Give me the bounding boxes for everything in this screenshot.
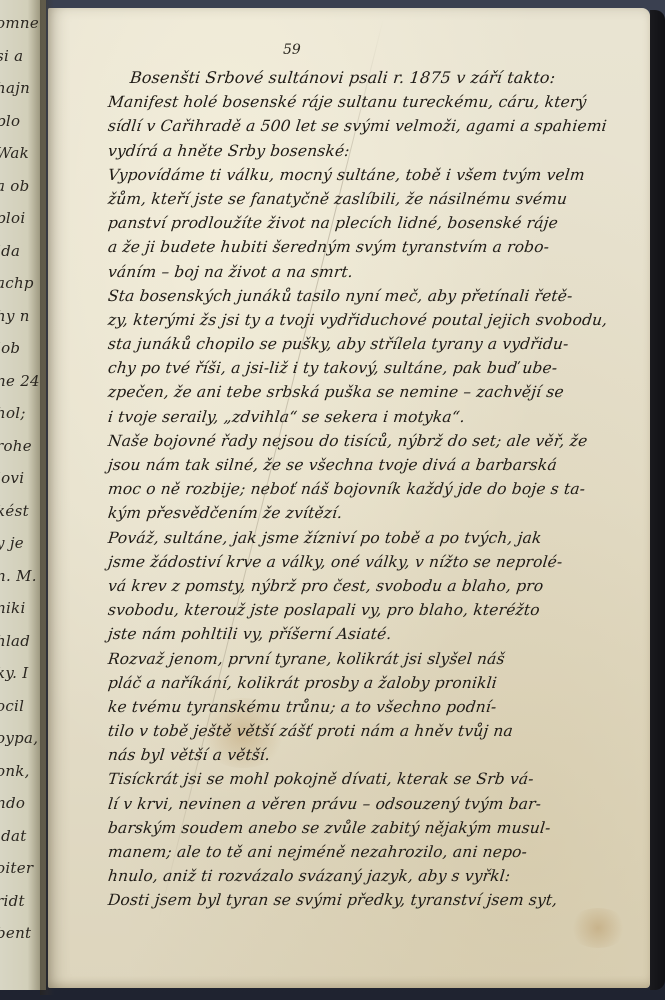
manuscript-line: zy, kterými žs jsi ty a tvoji vydřiducho… [107,308,665,332]
manuscript-line: manem; ale to tě ani nejméně nezahrozilo… [107,840,665,864]
manuscript-line: Pováž, sultáne, jak jsme žízniví po tobě… [107,526,665,550]
manuscript-line: Naše bojovné řady nejsou do tisíců, nýbr… [107,429,665,453]
facing-page-text-fragment: si a [0,47,23,65]
manuscript-line: jsme žádostiví krve a války, oné války, … [107,550,665,574]
facing-page-text-fragment: onk, [0,762,30,780]
facing-page-text-fragment: ndo [0,794,25,812]
facing-page-text-fragment: hy n [0,307,30,325]
manuscript-line: pláč a naříkání, kolikrát prosby a žalob… [107,671,665,695]
facing-page-text-fragment: plo [0,112,20,130]
facing-page-text-fragment: oiter [0,859,33,877]
facing-page-text-fragment: lob [0,339,20,357]
manuscript-line: vydírá a hněte Srby bosenské: [107,139,665,163]
manuscript-line: a že ji budete hubiti šeredným svým tyra… [107,235,665,259]
manuscript-line: Dosti jsem byl tyran se svými předky, ty… [107,888,665,912]
manuscript-line: sídlí v Cařihradě a 500 let se svými vel… [107,114,665,138]
book-cover-edge [650,10,665,990]
manuscript-line: žům, kteří jste se fanatyčně zaslíbili, … [107,187,665,211]
manuscript-line: vá krev z pomsty, nýbrž pro čest, svobod… [107,574,665,598]
facing-page-text-fragment: niki [0,599,26,617]
manuscript-line: jste nám pohltili vy, příšerní Asiaté. [107,622,665,646]
facing-page-text-fragment: rohe [0,437,32,455]
manuscript-line: lí v krvi, nevinen a věren právu – odsou… [107,792,665,816]
handwritten-text-block: Bosenšti Srbové sultánovi psali r. 1875 … [108,66,665,913]
facing-page-text-fragment: hol; [0,404,26,422]
facing-page-text-fragment: idat [0,827,27,845]
manuscript-line: Vypovídáme ti válku, mocný sultáne, tobě… [107,163,665,187]
facing-page-text-fragment: ploi [0,209,25,227]
manuscript-line: Rozvaž jenom, první tyrane, kolikrát jsi… [107,647,665,671]
facing-page-text-fragment: omne [0,14,39,32]
facing-page-text-fragment: oypa, [0,729,38,747]
manuscript-photo: omnesi ahajnploWaka obploildaachphy nlob… [0,0,665,1000]
manuscript-line: váním – boj na život a na smrt. [107,260,665,284]
manuscript-line: svobodu, kterouž jste poslapali vy, pro … [107,598,665,622]
manuscript-line: jsou nám tak silné, že se všechna tvoje … [107,453,665,477]
manuscript-line: nás byl větší a větší. [107,743,665,767]
manuscript-page: 59 Bosenšti Srbové sultánovi psali r. 18… [48,8,650,988]
manuscript-line: Tisíckrát jsi se mohl pokojně dívati, kt… [107,767,665,791]
facing-page-text-fragment: kést [0,502,29,520]
facing-page-text-fragment: lovi [0,469,24,487]
manuscript-line: chy po tvé říši, a jsi-liž i ty takový, … [107,356,665,380]
facing-page-text-fragment: achp [0,274,34,292]
facing-page-text-fragment: ocil [0,697,24,715]
paper-stain [568,908,628,948]
manuscript-line: Sta bosenských junáků tasilo nyní meč, a… [107,284,665,308]
manuscript-line: tilo v tobě ještě větší zášť proti nám a… [107,719,665,743]
facing-page-text-fragment: hlad [0,632,30,650]
facing-page-text-fragment: Wak [0,144,29,162]
facing-page-text-fragment: y je [0,534,24,552]
manuscript-line: kým přesvědčením že zvítězí. [107,501,665,525]
facing-page-text-fragment: ne 24 [0,372,40,390]
manuscript-heading-line: Bosenšti Srbové sultánovi psali r. 1875 … [107,66,665,90]
manuscript-line: barským soudem anebo se zvůle zabitý něj… [107,816,665,840]
manuscript-line: Manifest holé bosenské ráje sultanu ture… [107,90,665,114]
facing-page-text-fragment: ky. I [0,664,29,682]
facing-page-text-fragment: ridt [0,892,25,910]
facing-page-text-fragment: hajn [0,79,30,97]
page-number: 59 [283,42,301,58]
manuscript-line: ke tvému tyranskému trůnu; a to všechno … [107,695,665,719]
facing-page-text-fragment: n. M. [0,567,37,585]
manuscript-line: i tvoje seraily, „zdvihla“ se sekera i m… [107,405,665,429]
manuscript-line: hnulo, aniž ti rozvázalo svázaný jazyk, … [107,864,665,888]
facing-page-text-fragment: a ob [0,177,30,195]
manuscript-line: zpečen, že ani tebe srbská puška se nemi… [107,380,665,404]
manuscript-line: moc o ně rozbije; neboť náš bojovník kaž… [107,477,665,501]
facing-page-text-fragment: lda [0,242,20,260]
facing-page-text-fragment: bent [0,924,31,942]
manuscript-line: panství prodloužíte život na plecích lid… [107,211,665,235]
manuscript-line: sta junáků chopilo se pušky, aby střílel… [107,332,665,356]
